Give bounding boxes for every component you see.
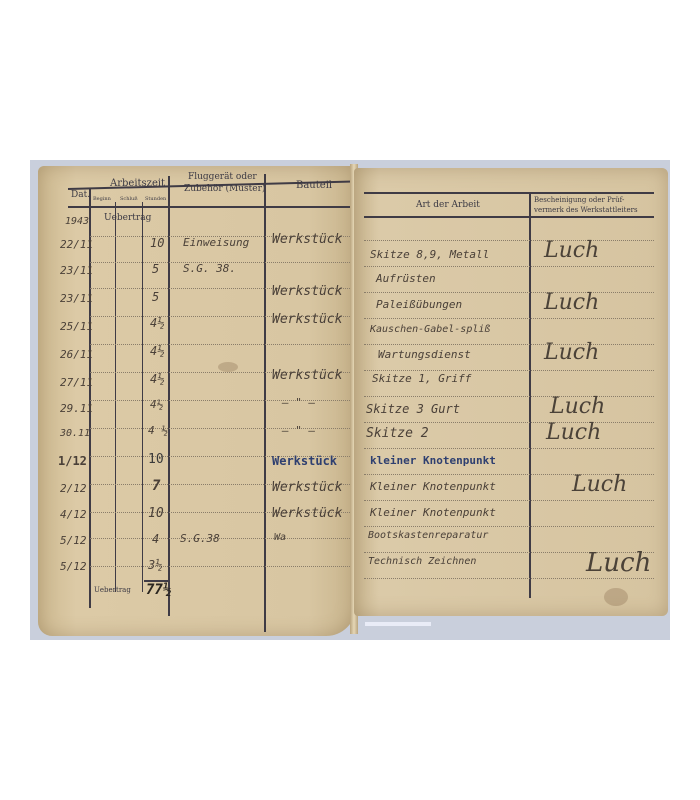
work-entry: Aufrüsten (376, 272, 436, 285)
header-bottom-rule (68, 206, 353, 208)
header-worktime-end: Schluß (120, 196, 138, 202)
work-entry: Wartungsdienst (378, 348, 471, 361)
row-hours: 5 (152, 290, 159, 304)
col-line-end (142, 202, 143, 592)
row-hours: 5 (152, 262, 159, 276)
right-page: Art der Arbeit Bescheinigung oder Prüf- … (354, 168, 668, 616)
row-hours: 4½ (150, 398, 163, 411)
row-date: 29.11 (60, 402, 93, 415)
row-component: Werkstück (272, 454, 337, 468)
row-component: — " — (282, 424, 315, 437)
ink-smudge (218, 362, 238, 372)
col-line-begin (115, 202, 116, 592)
page-tab (365, 622, 431, 626)
col-line-hours (168, 176, 170, 616)
row-hours: 7 (152, 478, 160, 494)
row-line (364, 292, 654, 293)
row-date: 25/11 (60, 320, 93, 333)
row-hours: 4½ (150, 316, 164, 330)
signature: Luch (586, 548, 651, 578)
header-certification-line1: Bescheinigung oder Prüf- (534, 196, 624, 204)
work-entry: Kauschen-Gabel-spliß (370, 324, 490, 335)
row-hours: 3½ (148, 558, 162, 572)
row-date: 27/11 (60, 376, 93, 389)
row-date: 4/12 (60, 508, 87, 521)
work-entry: Bootskastenreparatur (368, 530, 488, 541)
work-entry: Skitze 3 Gurt (366, 402, 460, 416)
signature: Luch (544, 238, 599, 263)
header-certification-line2: vermerk des Werkstattleiters (534, 206, 638, 214)
left-page: Dat. Arbeitszeit Beginn Schluß Stunden F… (38, 166, 356, 636)
row-line (90, 538, 350, 539)
row-component: Werkstück (272, 368, 342, 383)
row-line (364, 318, 654, 319)
row-date: 23/11 (60, 264, 93, 277)
col-line-certification (529, 192, 531, 598)
row-date: 30.11 (60, 428, 90, 439)
header-component: Bauteil (296, 180, 332, 191)
signature: Luch (546, 420, 601, 445)
book-photo: Dat. Arbeitszeit Beginn Schluß Stunden F… (30, 160, 670, 640)
row-device: S.G. 38. (183, 262, 236, 275)
header-worktime: Arbeitszeit (110, 178, 165, 189)
row-line (364, 344, 654, 345)
row-date: 1/12 (58, 454, 87, 468)
row-date: 5/12 (60, 534, 87, 547)
row-line (364, 578, 654, 579)
header-work-type: Art der Arbeit (416, 200, 480, 210)
row-date: 23/11 (60, 292, 93, 305)
work-entry: kleiner Knotenpunkt (370, 454, 496, 467)
work-entry: Skitze 8,9, Metall (370, 248, 489, 261)
row-line (364, 526, 654, 527)
year-label: 1943 (65, 216, 89, 227)
row-date: 22/11 (60, 238, 93, 251)
row-hours: 10 (148, 452, 164, 467)
signature: Luch (544, 290, 599, 315)
row-line (364, 240, 654, 241)
header-top-rule (364, 192, 654, 194)
row-line (364, 370, 654, 371)
row-component: Werkstück (272, 480, 342, 495)
row-date: 5/12 (60, 560, 87, 573)
col-line-date (89, 188, 91, 608)
work-entry: Technisch Zeichnen (368, 556, 476, 567)
row-component: Werkstück (272, 232, 342, 247)
row-line (364, 448, 654, 449)
row-line (364, 422, 654, 423)
carry-out-total: 77½ (146, 582, 171, 598)
row-device: S.G.38 (180, 532, 220, 545)
work-entry: Skitze 2 (366, 426, 429, 441)
row-hours: 4 (152, 532, 159, 546)
carry-in-label: Uebertrag (104, 213, 151, 223)
work-entry: Kleiner Knotenpunkt (370, 480, 496, 493)
carry-out-label: Uebertrag (94, 586, 131, 594)
row-line (90, 566, 350, 567)
header-worktime-hours: Stunden (145, 196, 166, 202)
signature: Luch (544, 340, 599, 365)
header-device-line1: Fluggerät oder (188, 172, 257, 182)
row-component: Werkstück (272, 312, 342, 327)
row-component: Werkstück (272, 284, 342, 299)
header-bottom-rule (364, 216, 654, 218)
signature: Luch (572, 472, 627, 497)
row-component: Wa (274, 532, 286, 543)
row-hours: 4½ (150, 344, 164, 358)
row-line (364, 396, 654, 397)
row-component: — " — (282, 396, 315, 409)
row-line (364, 500, 654, 501)
stain (604, 588, 628, 606)
row-date: 2/12 (60, 482, 87, 495)
row-line (90, 344, 350, 345)
header-device-line2: Zubehör (Muster) (184, 184, 265, 194)
header-worktime-begin: Beginn (93, 196, 111, 202)
row-hours: 4 ½ (148, 424, 168, 437)
row-hours: 10 (150, 236, 164, 250)
row-component: Werkstück (272, 506, 342, 521)
work-entry: Skitze 1, Griff (372, 372, 471, 385)
col-line-device (264, 174, 266, 632)
row-line (364, 266, 654, 267)
row-hours: 4½ (150, 372, 164, 386)
row-hours: 10 (148, 506, 164, 521)
signature: Luch (550, 394, 605, 419)
row-device: Einweisung (183, 236, 249, 249)
header-date: Dat. (71, 190, 90, 200)
work-entry: Paleißübungen (376, 298, 462, 311)
row-date: 26/11 (60, 348, 93, 361)
work-entry: Kleiner Knotenpunkt (370, 506, 496, 519)
